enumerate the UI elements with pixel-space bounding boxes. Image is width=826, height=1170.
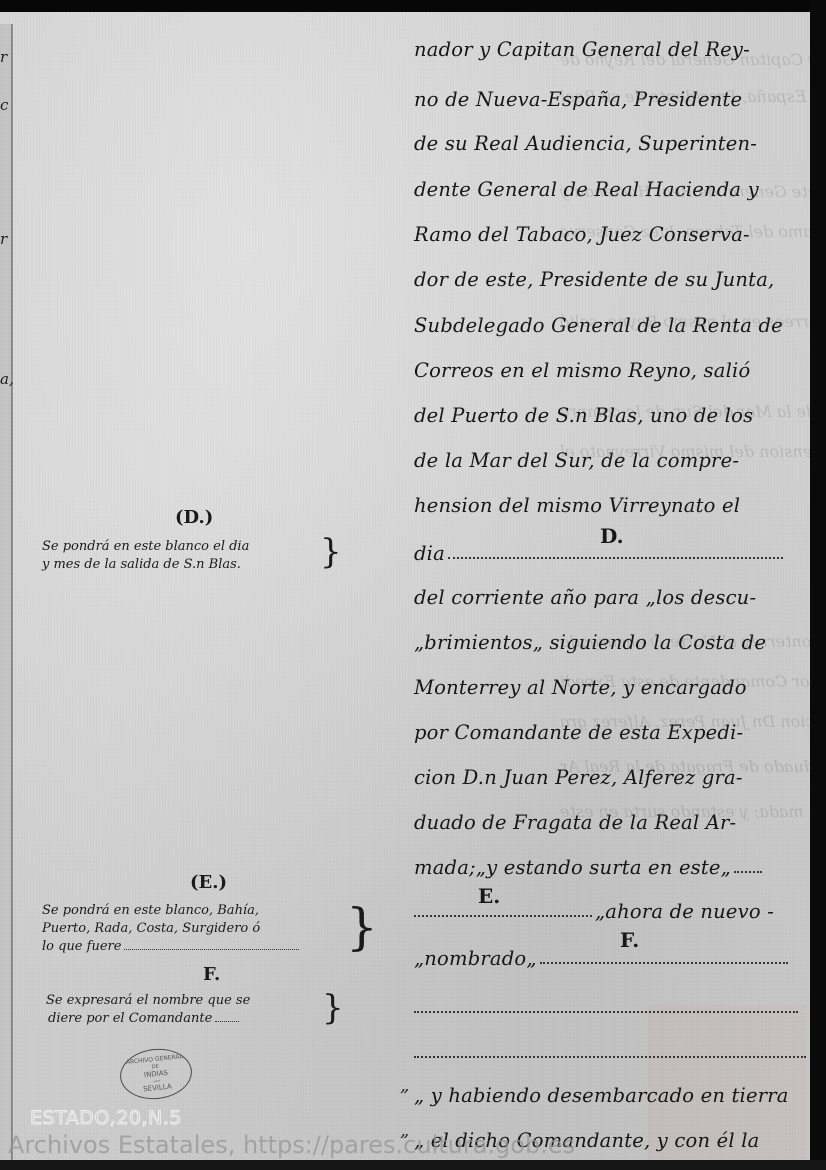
margin-note-f-line: diere por el Comandante	[48, 1010, 242, 1027]
text-line: por Comandante de esta Expedi-	[414, 721, 743, 744]
blank-line	[414, 1041, 809, 1064]
text-line: „brimientos„ siguiendo la Costa de	[414, 631, 766, 654]
ahora-text: „ahora de nuevo -	[595, 900, 774, 923]
margin-note-e-line: Puerto, Rada, Costa, Surgidero ó	[42, 920, 260, 937]
estando-text: mada;„y estando surta en este„	[414, 856, 731, 879]
archive-reference-watermark: ESTADO,20,N.5	[30, 1107, 182, 1129]
text-line: del Puerto de S.n Blas, uno de los	[414, 404, 753, 427]
text-line: no de Nueva-España, Presidente	[414, 88, 742, 111]
archive-stamp: ARCHIVO GENERAL DE INDIAS — SEVILLA	[118, 1045, 195, 1102]
margin-dots-e	[124, 949, 299, 950]
text-line: Correos en el mismo Reyno, salió	[414, 359, 750, 382]
brace-e: }	[346, 898, 378, 956]
margin-note-f-line: Se expresará el nombre que se	[46, 992, 250, 1009]
text-line: duado de Fragata de la Real Ar-	[414, 811, 736, 834]
text-line: de la Mar del Sur, de la compre-	[414, 449, 739, 472]
text-line: dor de este, Presidente de su Junta,	[414, 268, 774, 291]
previous-page-fragment: c	[0, 96, 8, 114]
page-fold-line	[11, 24, 13, 1160]
text-line: Subdelegado General de la Renta de	[414, 314, 783, 337]
blank-fill-line-e-start[interactable]	[734, 871, 762, 873]
previous-page-fragment: r	[0, 230, 7, 248]
previous-page-strip	[0, 24, 11, 1160]
brace-f: }	[322, 988, 344, 1028]
blank-fill-line-f3[interactable]	[414, 1056, 806, 1058]
previous-page-fragment: r	[0, 48, 7, 66]
margin-marker-d: (D.)	[175, 507, 213, 528]
archive-source-watermark: Archivos Estatales, https://pares.cultur…	[8, 1131, 575, 1159]
margin-note-d-line: y mes de la salida de S.n Blas.	[42, 556, 241, 573]
text-line: Monterrey al Norte, y encargado	[414, 676, 747, 699]
text-line: mada;„y estando surta en este„	[414, 856, 765, 879]
dia-word: dia	[414, 542, 445, 565]
brace-d: }	[320, 532, 342, 572]
text-line: hension del mismo Virreynato el	[414, 494, 740, 517]
scan-bottom-edge	[0, 1160, 826, 1170]
blank-fill-line-f2[interactable]	[414, 1011, 798, 1013]
diere-por-comandante: diere por el Comandante	[48, 1011, 212, 1026]
margin-note-e-line: Se pondrá en este blanco, Bahía,	[42, 902, 259, 919]
text-line-nombrado: „nombrado„	[414, 947, 791, 970]
margin-note-d-line: Se pondrá en este blanco el dia	[42, 538, 249, 555]
margin-marker-e: (E.)	[190, 872, 227, 893]
margin-note-e-line: lo que fuere	[42, 938, 302, 955]
text-line: nador y Capitan General del Rey-	[414, 38, 750, 61]
text-line: „ y habiendo desembarcado en tierra	[414, 1084, 789, 1107]
blank-fill-line-d[interactable]	[448, 557, 783, 559]
manuscript-page: nador y Capitan General del Reyno de Nue…	[0, 12, 810, 1160]
text-line-dia: dia	[414, 542, 786, 565]
margin-dots-f	[215, 1021, 239, 1022]
text-line: Ramo del Tabaco, Juez Conserva-	[414, 223, 750, 246]
previous-page-fragment: a,	[0, 370, 14, 388]
text-line: cion D.n Juan Perez, Alferez gra-	[414, 766, 743, 789]
blank-line	[414, 996, 801, 1019]
margin-marker-f: F.	[203, 964, 220, 985]
text-line: dente General de Real Hacienda y	[414, 178, 759, 201]
blank-fill-line-f[interactable]	[540, 962, 788, 964]
text-line-ahora: „ahora de nuevo -	[414, 900, 774, 923]
nombrado-text: „nombrado„	[414, 947, 537, 970]
continuation-quote: „	[400, 1075, 409, 1096]
lo-que-fuere: lo que fuere	[42, 939, 121, 954]
scan-right-edge	[810, 0, 826, 1170]
text-line: de su Real Audiencia, Superinten-	[414, 132, 757, 155]
blank-fill-line-e[interactable]	[414, 915, 592, 917]
text-line: del corriente año para „los descu-	[414, 586, 756, 609]
